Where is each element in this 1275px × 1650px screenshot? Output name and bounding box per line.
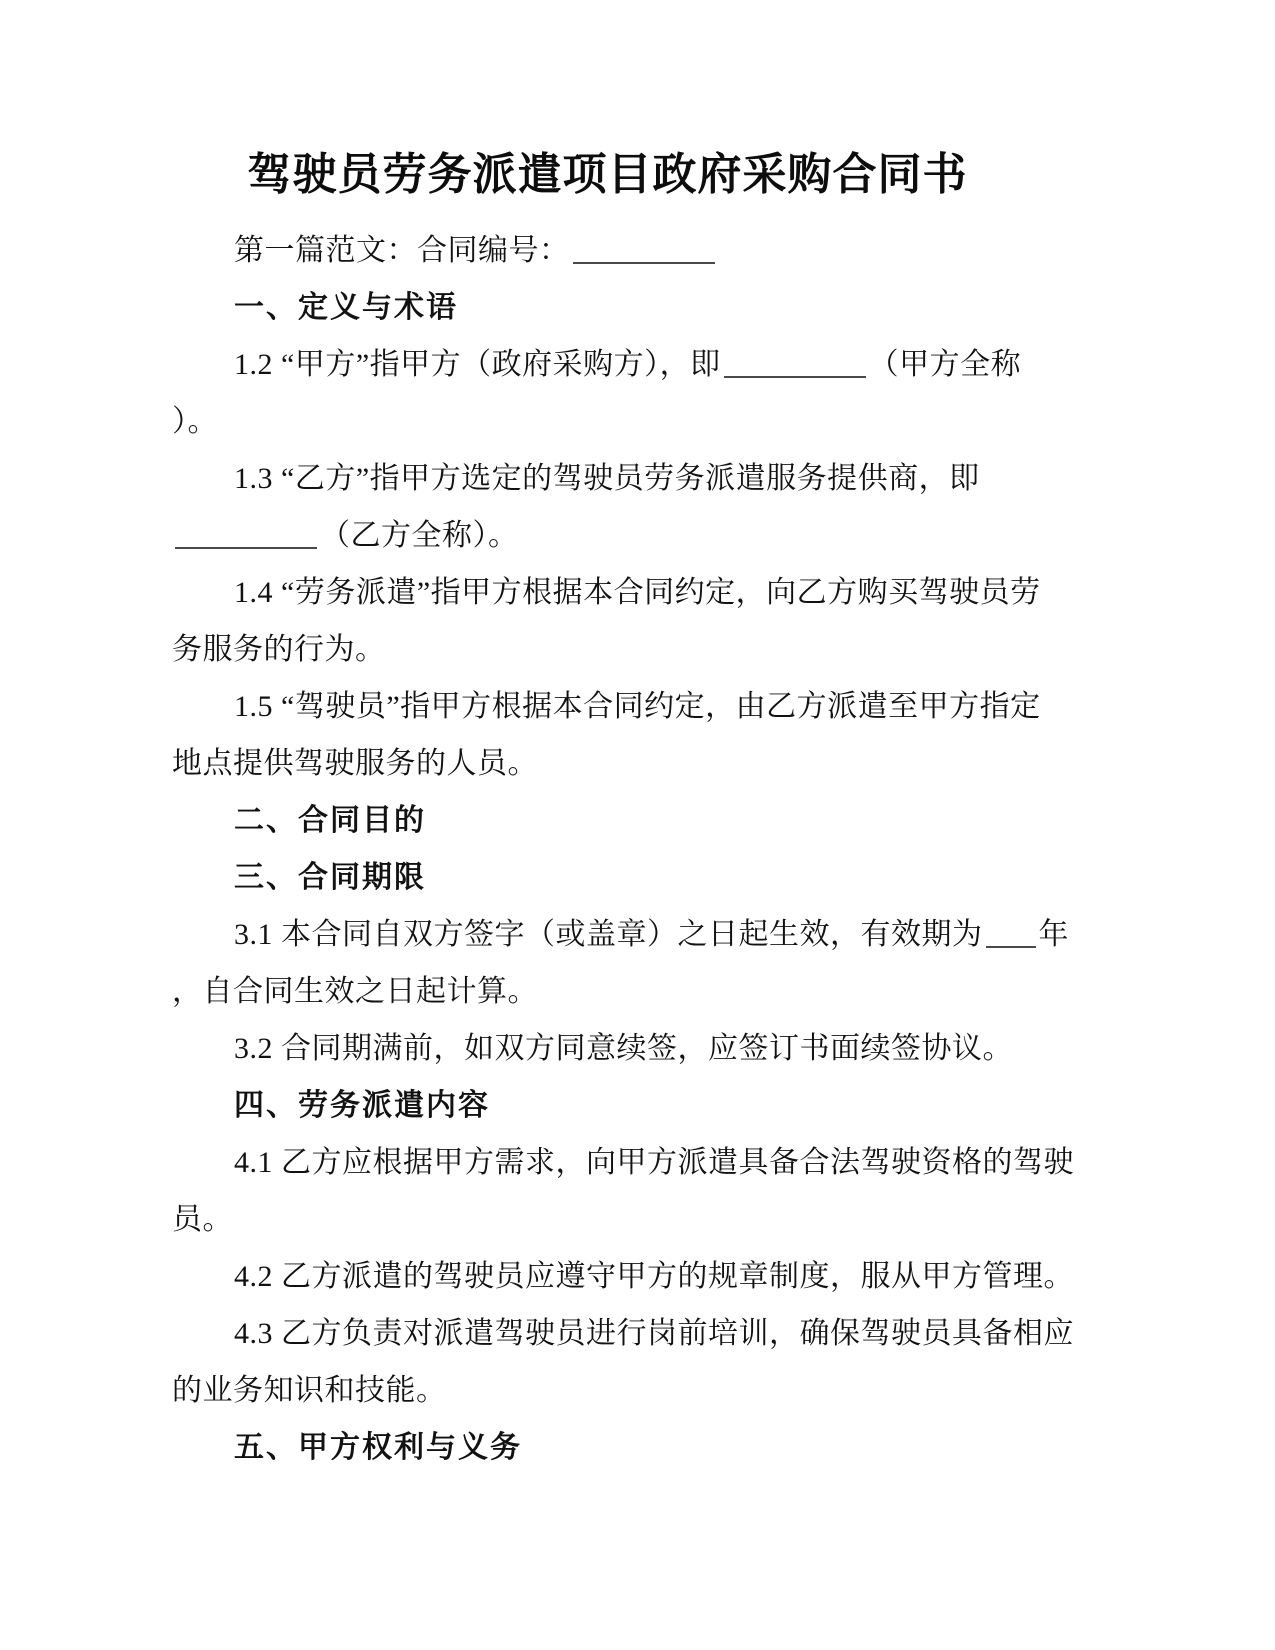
text-run: ，自合同生效之日起计算。: [172, 975, 538, 1008]
text-run: 四、劳务派遣内容: [234, 1089, 490, 1122]
paragraph-line: ，自合同生效之日起计算。: [172, 963, 1052, 1020]
section-heading: 四、劳务派遣内容: [172, 1077, 1052, 1134]
document-page: 驾驶员劳务派遣项目政府采购合同书 第一篇范文：合同编号：一、定义与术语1.2 “…: [0, 0, 1275, 1650]
text-run: 4.1 乙方应根据甲方需求，向甲方派遣具备合法驾驶资格的驾驶: [234, 1146, 1074, 1179]
text-run: 3.1 本合同自双方签字（或盖章）之日起生效，有效期为: [234, 918, 983, 951]
text-run: 1.3 “乙方”指甲方选定的驾驶员劳务派遣服务提供商，即: [234, 462, 980, 495]
text-run: 1.4 “劳务派遣”指甲方根据本合同约定，向乙方购买驾驶员劳: [234, 576, 1041, 609]
section-heading: 五、甲方权利与义务: [172, 1419, 1052, 1476]
text-run: 1.2 “甲方”指甲方（政府采购方），即: [234, 348, 721, 381]
section-heading: 二、合同目的: [172, 792, 1052, 849]
text-run: 地点提供驾驶服务的人员。: [172, 747, 538, 780]
text-run: 五、甲方权利与义务: [234, 1431, 522, 1464]
paragraph-line: 1.5 “驾驶员”指甲方根据本合同约定，由乙方派遣至甲方指定: [172, 678, 1052, 735]
paragraph-line: 务服务的行为。: [172, 621, 1052, 678]
text-run: 3.2 合同期满前，如双方同意续签，应签订书面续签协议。: [234, 1032, 1013, 1065]
blank-fill-in-field: [573, 234, 715, 265]
paragraph-line: 地点提供驾驶服务的人员。: [172, 735, 1052, 792]
paragraph-line: 1.2 “甲方”指甲方（政府采购方），即（甲方全称: [172, 336, 1052, 393]
paragraph-line: ）。: [172, 393, 1052, 450]
document-body: 第一篇范文：合同编号：一、定义与术语1.2 “甲方”指甲方（政府采购方），即（甲…: [172, 222, 1052, 1476]
paragraph-line: （乙方全称）。: [172, 507, 1052, 564]
text-run: 务服务的行为。: [172, 633, 386, 666]
text-run: 的业务知识和技能。: [172, 1374, 447, 1407]
document-title: 驾驶员劳务派遣项目政府采购合同书: [170, 138, 1045, 202]
blank-fill-in-field: [986, 918, 1036, 949]
text-run: 第一篇范文：合同编号：: [234, 234, 570, 267]
text-run: 1.5 “驾驶员”指甲方根据本合同约定，由乙方派遣至甲方指定: [234, 690, 1041, 723]
paragraph-line: 第一篇范文：合同编号：: [172, 222, 1052, 279]
text-run: （乙方全称）。: [320, 519, 519, 552]
paragraph-line: 4.3 乙方负责对派遣驾驶员进行岗前培训，确保驾驶员具备相应: [172, 1305, 1052, 1362]
paragraph-line: 1.4 “劳务派遣”指甲方根据本合同约定，向乙方购买驾驶员劳: [172, 564, 1052, 621]
text-run: ）。: [172, 405, 218, 438]
blank-fill-in-field: [724, 348, 866, 379]
paragraph-line: 1.3 “乙方”指甲方选定的驾驶员劳务派遣服务提供商，即: [172, 450, 1052, 507]
text-run: 二、合同目的: [234, 804, 426, 837]
text-run: 员。: [172, 1203, 233, 1236]
text-run: 4.2 乙方派遣的驾驶员应遵守甲方的规章制度，服从甲方管理。: [234, 1260, 1074, 1293]
paragraph-line: 员。: [172, 1191, 1052, 1248]
paragraph-line: 4.2 乙方派遣的驾驶员应遵守甲方的规章制度，服从甲方管理。: [172, 1248, 1052, 1305]
text-run: 三、合同期限: [234, 861, 426, 894]
paragraph-line: 4.1 乙方应根据甲方需求，向甲方派遣具备合法驾驶资格的驾驶: [172, 1134, 1052, 1191]
text-run: 4.3 乙方负责对派遣驾驶员进行岗前培训，确保驾驶员具备相应: [234, 1317, 1074, 1350]
paragraph-line: 3.1 本合同自双方签字（或盖章）之日起生效，有效期为年: [172, 906, 1052, 963]
text-run: 年: [1039, 918, 1070, 951]
section-heading: 一、定义与术语: [172, 279, 1052, 336]
text-run: 一、定义与术语: [234, 291, 458, 324]
blank-fill-in-field: [175, 519, 317, 550]
paragraph-line: 的业务知识和技能。: [172, 1362, 1052, 1419]
text-run: （甲方全称: [869, 348, 1022, 381]
paragraph-line: 3.2 合同期满前，如双方同意续签，应签订书面续签协议。: [172, 1020, 1052, 1077]
section-heading: 三、合同期限: [172, 849, 1052, 906]
